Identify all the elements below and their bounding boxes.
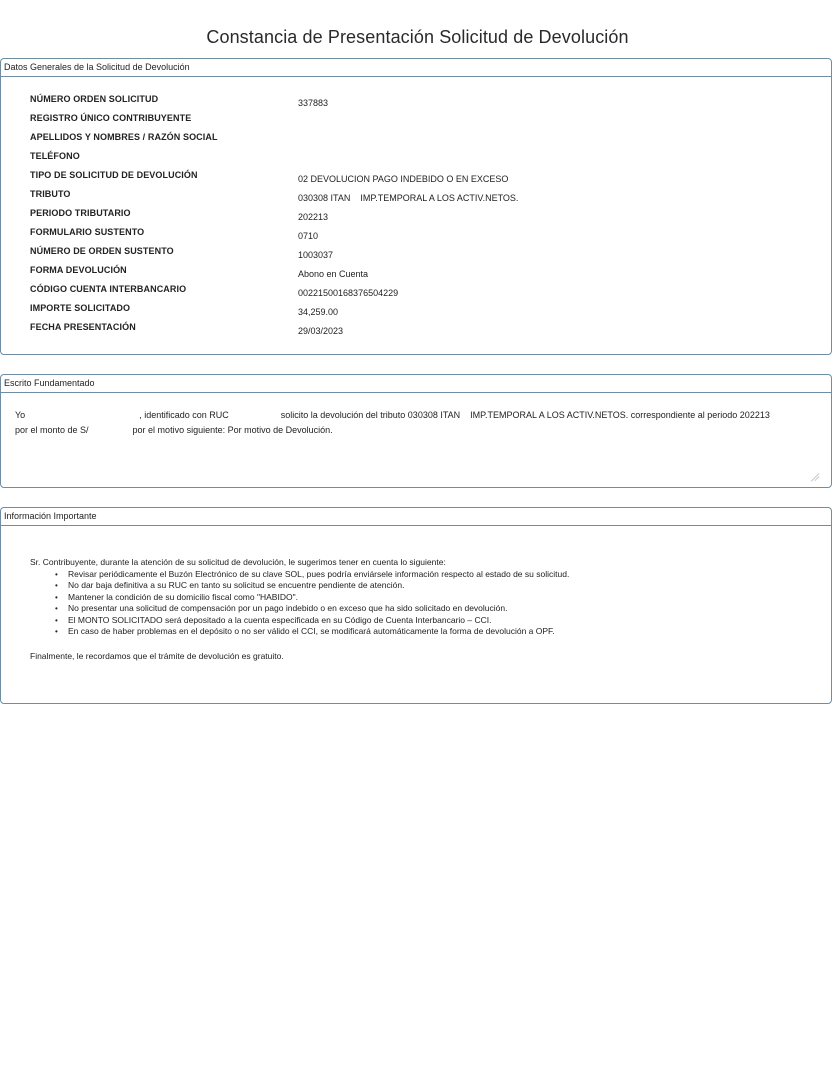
info-list-item: Revisar periódicamente el Buzón Electrón… bbox=[68, 569, 569, 581]
escrito-text: Yo, identificado con RUCsolicito la devo… bbox=[15, 408, 815, 438]
field-tributo: TRIBUTO 030308 ITAN IMP.TEMPORAL A LOS A… bbox=[30, 189, 810, 208]
info-list-item: Mantener la condición de su domicilio fi… bbox=[68, 592, 569, 604]
info-list-item: No dar baja definitiva a su RUC en tanto… bbox=[68, 580, 569, 592]
field-label: TELÉFONO bbox=[30, 151, 80, 161]
field-label: FORMULARIO SUSTENTO bbox=[30, 227, 144, 237]
info-list-item: En caso de haber problemas en el depósit… bbox=[68, 626, 569, 638]
general-data-header: Datos Generales de la Solicitud de Devol… bbox=[1, 59, 831, 77]
field-importe-solicitado: IMPORTE SOLICITADO 34,259.00 bbox=[30, 303, 810, 322]
field-value: 0710 bbox=[298, 231, 318, 241]
field-forma-devolucion: FORMA DEVOLUCIÓN Abono en Cuenta bbox=[30, 265, 810, 284]
field-ruc: REGISTRO ÚNICO CONTRIBUYENTE bbox=[30, 113, 810, 132]
field-label: TRIBUTO bbox=[30, 189, 71, 199]
field-label: REGISTRO ÚNICO CONTRIBUYENTE bbox=[30, 113, 191, 123]
field-formulario-sustento: FORMULARIO SUSTENTO 0710 bbox=[30, 227, 810, 246]
resize-handle-icon[interactable] bbox=[810, 465, 819, 474]
escrito-line-2: por el monto de S/por el motivo siguient… bbox=[15, 423, 815, 438]
escrito-text-monto: por el monto de S/ bbox=[15, 425, 89, 435]
field-razon-social: APELLIDOS Y NOMBRES / RAZÓN SOCIAL bbox=[30, 132, 810, 151]
field-value: 030308 ITAN IMP.TEMPORAL A LOS ACTIV.NET… bbox=[298, 193, 518, 203]
field-fecha-presentacion: FECHA PRESENTACIÓN 29/03/2023 bbox=[30, 322, 810, 341]
field-label: CÓDIGO CUENTA INTERBANCARIO bbox=[30, 284, 186, 294]
escrito-text-ruc: , identificado con RUC bbox=[139, 410, 229, 420]
escrito-panel: Escrito Fundamentado Yo, identificado co… bbox=[0, 374, 832, 488]
field-label: TIPO DE SOLICITUD DE DEVOLUCIÓN bbox=[30, 170, 198, 180]
field-periodo-tributario: PERIODO TRIBUTARIO 202213 bbox=[30, 208, 810, 227]
field-value: Abono en Cuenta bbox=[298, 269, 368, 279]
field-value: 1003037 bbox=[298, 250, 333, 260]
info-panel: Información Importante Sr. Contribuyente… bbox=[0, 507, 832, 704]
info-list-item: No presentar una solicitud de compensaci… bbox=[68, 603, 569, 615]
field-label: PERIODO TRIBUTARIO bbox=[30, 208, 131, 218]
info-list: Revisar periódicamente el Buzón Electrón… bbox=[30, 569, 569, 638]
field-label: IMPORTE SOLICITADO bbox=[30, 303, 130, 313]
escrito-textarea[interactable]: Yo, identificado con RUCsolicito la devo… bbox=[1, 393, 831, 488]
info-intro: Sr. Contribuyente, durante la atención d… bbox=[30, 557, 569, 569]
general-data-panel: Datos Generales de la Solicitud de Devol… bbox=[0, 58, 832, 355]
field-value: 29/03/2023 bbox=[298, 326, 343, 336]
field-label: APELLIDOS Y NOMBRES / RAZÓN SOCIAL bbox=[30, 132, 218, 142]
field-numero-orden-sustento: NÚMERO DE ORDEN SUSTENTO 1003037 bbox=[30, 246, 810, 265]
field-cci: CÓDIGO CUENTA INTERBANCARIO 002215001683… bbox=[30, 284, 810, 303]
field-telefono: TELÉFONO bbox=[30, 151, 810, 170]
field-label: FORMA DEVOLUCIÓN bbox=[30, 265, 127, 275]
field-value: 00221500168376504229 bbox=[298, 288, 398, 298]
info-closing: Finalmente, le recordamos que el trámite… bbox=[30, 651, 569, 663]
field-value: 337883 bbox=[298, 98, 328, 108]
info-content: Sr. Contribuyente, durante la atención d… bbox=[30, 557, 569, 662]
escrito-header: Escrito Fundamentado bbox=[1, 375, 831, 393]
escrito-text-motivo: por el motivo siguiente: Por motivo de D… bbox=[133, 425, 333, 435]
field-value: 202213 bbox=[298, 212, 328, 222]
escrito-line-1: Yo, identificado con RUCsolicito la devo… bbox=[15, 408, 815, 423]
field-value: 02 DEVOLUCION PAGO INDEBIDO O EN EXCESO bbox=[298, 174, 508, 184]
field-label: NÚMERO ORDEN SOLICITUD bbox=[30, 94, 158, 104]
escrito-text-yo: Yo bbox=[15, 410, 25, 420]
page-title: Constancia de Presentación Solicitud de … bbox=[0, 27, 835, 48]
field-numero-orden-solicitud: NÚMERO ORDEN SOLICITUD 337883 bbox=[30, 94, 810, 113]
info-header: Información Importante bbox=[1, 508, 831, 526]
info-list-item: El MONTO SOLICITADO será depositado a la… bbox=[68, 615, 569, 627]
field-label: NÚMERO DE ORDEN SUSTENTO bbox=[30, 246, 174, 256]
escrito-text-tributo: solicito la devolución del tributo 03030… bbox=[281, 410, 770, 420]
field-label: FECHA PRESENTACIÓN bbox=[30, 322, 136, 332]
field-value: 34,259.00 bbox=[298, 307, 338, 317]
field-tipo-solicitud: TIPO DE SOLICITUD DE DEVOLUCIÓN 02 DEVOL… bbox=[30, 170, 810, 189]
